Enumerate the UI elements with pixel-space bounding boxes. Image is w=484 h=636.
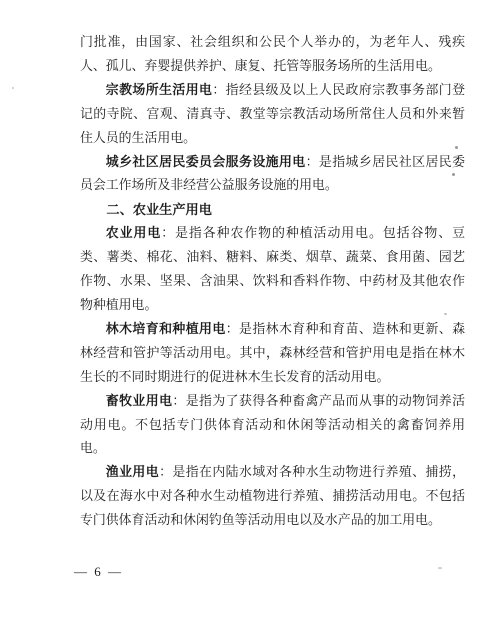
defined-term: 宗教场所生活用电 <box>106 83 213 97</box>
defined-term: 畜牧业用电 <box>106 394 173 408</box>
document-body: 门批准，由国家、社会组织和公民个人举办的，为老年人、残疾人、孤儿、弃婴提供养护、… <box>80 31 465 533</box>
scan-speck <box>444 313 447 315</box>
paragraph: 林木培育和种植用电：是指林木育种和育苗、造林和更新、森林经营和管护等活动用电。其… <box>80 318 465 390</box>
defined-term: 农业用电 <box>106 226 161 240</box>
section-heading: 二、农业生产用电 <box>80 198 465 222</box>
paragraph: 宗教场所生活用电：指经县级及以上人民政府宗教事务部门登记的寺院、宫观、清真寺、教… <box>80 79 465 151</box>
paragraph: 门批准，由国家、社会组织和公民个人举办的，为老年人、残疾人、孤儿、弃婴提供养护、… <box>80 31 465 79</box>
scanned-page: 门批准，由国家、社会组织和公民个人举办的，为老年人、残疾人、孤儿、弃婴提供养护、… <box>0 0 484 636</box>
paragraph: 渔业用电：是指在内陆水域对各种水生动物进行养殖、捕捞，以及在海水中对各种水生动植… <box>80 461 465 533</box>
defined-term: 渔业用电 <box>106 465 159 479</box>
defined-term: 城乡社区居民委员会服务设施用电 <box>106 155 306 169</box>
scan-speck <box>438 567 442 569</box>
scan-speck <box>12 87 14 89</box>
heading-text: 二、农业生产用电 <box>106 202 212 217</box>
paragraph: 农业用电：是指各种农作物的种植活动用电。包括谷物、豆类、薯类、棉花、油料、糖料、… <box>80 222 465 318</box>
paragraph: 城乡社区居民委员会服务设施用电：是指城乡居民社区居民委员会工作场所及非经营公益服… <box>80 151 465 199</box>
paragraph-text: 门批准，由国家、社会组织和公民个人举办的，为老年人、残疾人、孤儿、弃婴提供养护、… <box>80 35 465 73</box>
scan-speck <box>452 173 455 176</box>
scan-speck <box>455 146 458 149</box>
defined-term: 林木培育和种植用电 <box>106 322 226 336</box>
paragraph: 畜牧业用电：是指为了获得各种畜禽产品而从事的动物饲养活动用电。不包括专门供体育活… <box>80 390 465 462</box>
page-number: — 6 — <box>74 564 123 580</box>
